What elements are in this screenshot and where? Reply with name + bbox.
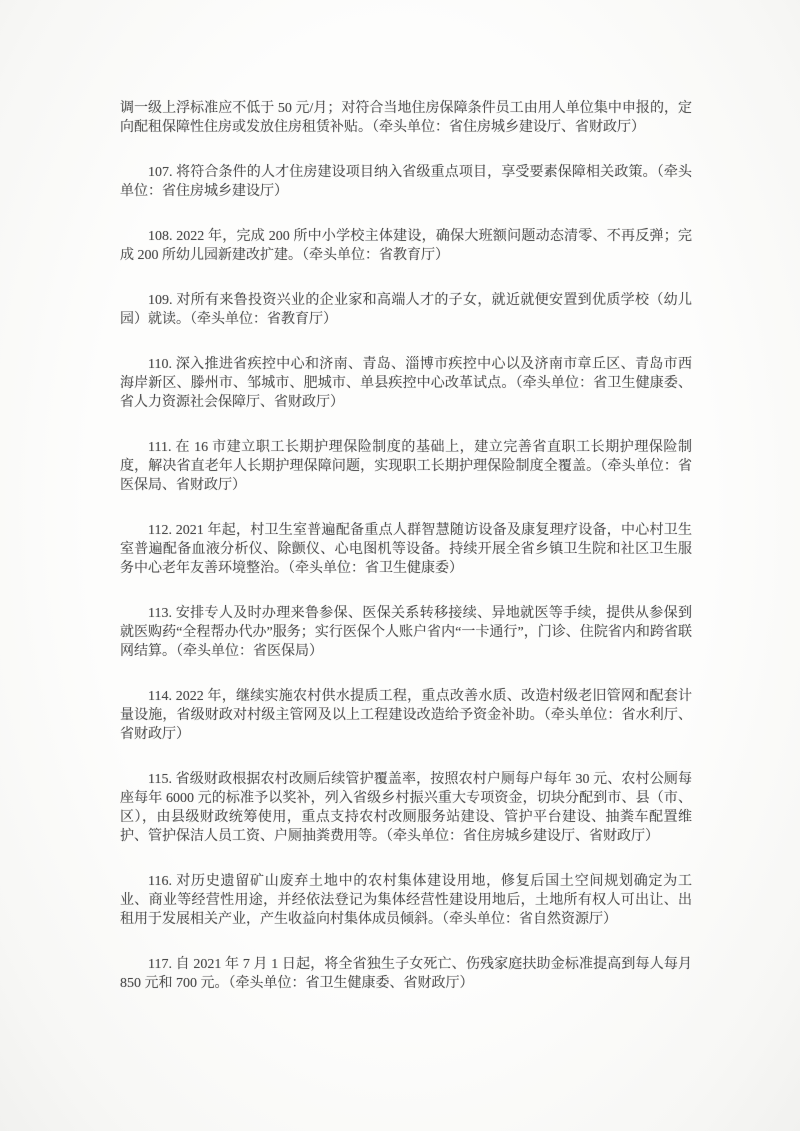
- paragraph-item-112: 112. 2021 年起，村卫生室普遍配备重点人群智慧随访设备及康复理疗设备，中…: [120, 521, 692, 578]
- paragraph-item-113: 113. 安排专人及时办理来鲁参保、医保关系转移接续、异地就医等手续，提供从参保…: [120, 604, 692, 661]
- document-page: 调一级上浮标准应不低于 50 元/月；对符合当地住房保障条件员工由用人单位集中申…: [0, 0, 800, 1131]
- paragraph-item-109: 109. 对所有来鲁投资兴业的企业家和高端人才的子女，就近就便安置到优质学校（幼…: [120, 291, 692, 329]
- paragraph-item-111: 111. 在 16 市建立职工长期护理保险制度的基础上，建立完善省直职工长期护理…: [120, 438, 692, 495]
- paragraph-continuation: 调一级上浮标准应不低于 50 元/月；对符合当地住房保障条件员工由用人单位集中申…: [120, 99, 692, 137]
- paragraph-item-107: 107. 将符合条件的人才住房建设项目纳入省级重点项目，享受要素保障相关政策。（…: [120, 163, 692, 201]
- document-body: 调一级上浮标准应不低于 50 元/月；对符合当地住房保障条件员工由用人单位集中申…: [120, 99, 692, 1019]
- paragraph-item-115: 115. 省级财政根据农村改厕后续管护覆盖率，按照农村户厕每户每年 30 元、农…: [120, 770, 692, 846]
- paragraph-item-108: 108. 2022 年，完成 200 所中小学校主体建设，确保大班额问题动态清零…: [120, 227, 692, 265]
- paragraph-item-117: 117. 自 2021 年 7 月 1 日起，将全省独生子女死亡、伤残家庭扶助金…: [120, 955, 692, 993]
- paragraph-item-110: 110. 深入推进省疾控中心和济南、青岛、淄博市疾控中心以及济南市章丘区、青岛市…: [120, 355, 692, 412]
- paragraph-item-116: 116. 对历史遗留矿山废弃土地中的农村集体建设用地，修复后国土空间规划确定为工…: [120, 872, 692, 929]
- paragraph-item-114: 114. 2022 年，继续实施农村供水提质工程，重点改善水质、改造村级老旧管网…: [120, 687, 692, 744]
